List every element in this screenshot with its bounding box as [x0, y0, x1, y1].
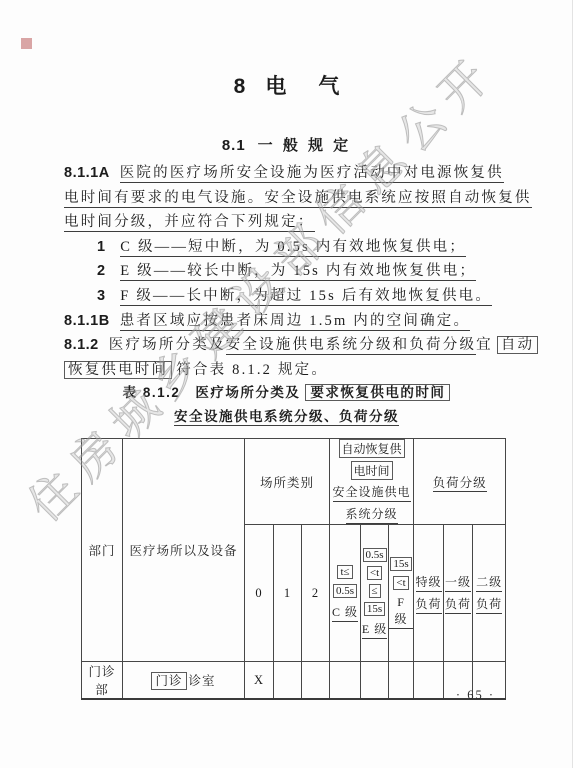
table-caption-line1: 表 8.1.2 医疗场所分类及要求恢复供电的时间	[0, 381, 573, 405]
header-text-underlined: 负荷	[445, 595, 471, 614]
header-class-e: 0.5s <t ≤ 15s E 级	[361, 525, 389, 662]
deleted-text-box: 自动	[497, 336, 538, 354]
deleted-text-box: 恢复供电时间	[64, 361, 172, 379]
clause-text: 宜	[476, 337, 493, 353]
header-text: 医疗场所以及设备	[129, 544, 237, 558]
cell-empty	[389, 662, 414, 700]
header-text-underlined: F 级	[389, 595, 413, 629]
clause-label: 8.1.1B	[64, 313, 110, 329]
clause-text: 医疗场所分类及	[109, 337, 226, 353]
list-item-3: 3F 级——长中断，为超过 15s 后有效地恢复供电。	[64, 284, 516, 309]
deleted-text-box: ≤	[369, 584, 381, 598]
cell-empty	[330, 662, 361, 700]
deleted-text-box: 0.5s	[363, 548, 387, 562]
caption-text-underlined: 安全设施供电系统分级、负荷分级	[174, 409, 399, 426]
cell-empty	[414, 662, 444, 700]
caption-text: 表 8.1.2 医疗场所分类及	[123, 385, 301, 400]
deleted-text-box: 自动恢复供	[339, 439, 405, 458]
header-text: 1	[284, 586, 291, 600]
item-text: C 级——短中断，为 0.5s 内有效地恢复供电；	[120, 239, 466, 257]
item-text: F 级——长中断，为超过 15s 后有效地恢复供电。	[120, 288, 492, 306]
clause-label: 8.1.1A	[64, 165, 110, 181]
header-load-first: 一级 负荷	[444, 525, 473, 662]
cell-text: 诊室	[189, 674, 216, 688]
deleted-text-box: 0.5s	[333, 584, 357, 598]
table-caption-line2: 安全设施供电系统分级、负荷分级	[0, 405, 573, 429]
page-number: · 65 ·	[456, 688, 495, 703]
header-load-second: 二级 负荷	[473, 525, 506, 662]
header-text-underlined: 负荷	[416, 595, 442, 614]
header-place-equipment: 医疗场所以及设备	[123, 439, 245, 662]
clause-8-1-2-line1: 8.1.2医疗场所分类及安全设施供电系统分级和负荷分级宜自动	[64, 333, 516, 358]
header-category-1: 1	[274, 525, 302, 662]
section-title: 一 般 规 定	[258, 137, 352, 154]
header-text-underlined: 系统分级	[346, 505, 398, 524]
clause-text: 电时间有要求的电气设施。安全设施供电系统应按照自动恢复供	[64, 190, 532, 208]
chapter-title-char2: 气	[318, 70, 339, 100]
header-text-underlined: 特级	[416, 573, 442, 592]
body-text: 8.1.1A医院的医疗场所安全设施为医疗活动中对电源恢复供 电时间有要求的电气设…	[64, 161, 516, 382]
cell-empty	[302, 662, 330, 700]
header-category-0: 0	[245, 525, 274, 662]
clause-8-1-1B: 8.1.1B患者区域应按患者床周边 1.5m 内的空间确定。	[64, 309, 516, 334]
header-text-underlined: C 级	[332, 603, 358, 622]
header-class-f: 15s <t F 级	[389, 525, 414, 662]
header-text: 部门	[88, 544, 115, 558]
cell-text: 门诊部	[88, 665, 115, 697]
header-supply-system: 自动恢复供 电时间 安全设施供电 系统分级	[330, 439, 414, 525]
cell-department: 门诊部	[82, 662, 123, 700]
header-text-underlined: 负荷	[476, 595, 502, 614]
header-text: 2	[312, 586, 319, 600]
table-8-1-2: 部门 医疗场所以及设备 场所类别 自动恢复供 电时间 安全设施供电 系统分级 负…	[81, 438, 506, 700]
header-text-underlined: 一级	[445, 573, 471, 592]
deleted-text-box: <t	[367, 566, 382, 580]
chapter-title-char1: 电	[265, 70, 286, 100]
clause-text-underlined: 安全设施供电系统分级和负荷分级	[226, 337, 477, 355]
list-item-1: 1C 级——短中断，为 0.5s 内有效地恢复供电；	[64, 235, 516, 260]
document-page: 住房城乡建设部信息公开 8 电 气 8.1一 般 规 定 8.1.1A医院的医疗…	[0, 0, 573, 768]
header-text: 0	[255, 586, 262, 600]
clause-8-1-1A-line2: 电时间有要求的电气设施。安全设施供电系统应按照自动恢复供	[64, 186, 516, 211]
cell-place: 门诊诊室	[123, 662, 245, 700]
header-text-underlined: 安全设施供电	[333, 483, 411, 502]
chapter-number: 8	[234, 75, 246, 99]
cell-empty	[274, 662, 302, 700]
header-load-special: 特级 负荷	[414, 525, 444, 662]
red-corner-mark	[21, 38, 32, 49]
clause-text: 电时间分级，并应符合下列规定：	[64, 214, 315, 232]
deleted-text-box: t≤	[337, 565, 352, 579]
header-class-c: t≤ 0.5s C 级	[330, 525, 361, 662]
table-caption: 表 8.1.2 医疗场所分类及要求恢复供电的时间 安全设施供电系统分级、负荷分级	[0, 381, 573, 429]
item-number: 2	[97, 263, 107, 279]
chapter-title: 8 电 气	[0, 70, 573, 100]
header-place-category: 场所类别	[245, 439, 330, 525]
header-text: 场所类别	[260, 476, 314, 490]
deleted-text-box: 门诊	[151, 672, 186, 690]
clause-text: 医院的医疗场所安全设施为医疗活动中对电源恢复供	[120, 165, 504, 183]
deleted-text-box: <t	[393, 576, 408, 590]
header-text-underlined: 二级	[476, 573, 502, 592]
deleted-text-box: 15s	[390, 557, 411, 571]
clause-8-1-2-line2: 恢复供电时间符合表 8.1.2 规定。	[64, 358, 516, 383]
clause-8-1-1A-line1: 8.1.1A医院的医疗场所安全设施为医疗活动中对电源恢复供	[64, 161, 516, 186]
item-text: E 级——较长中断，为 15s 内有效地恢复供电；	[120, 263, 476, 281]
cell-text: X	[254, 673, 264, 687]
clause-label: 8.1.2	[64, 337, 99, 353]
header-category-2: 2	[302, 525, 330, 662]
item-number: 1	[97, 239, 107, 255]
header-text-underlined: E 级	[362, 620, 387, 639]
item-number: 3	[97, 288, 107, 304]
list-item-2: 2E 级——较长中断，为 15s 内有效地恢复供电；	[64, 259, 516, 284]
clause-text: 符合表 8.1.2 规定。	[176, 362, 328, 378]
clause-8-1-1A-line3: 电时间分级，并应符合下列规定：	[64, 210, 516, 235]
deleted-text-box: 要求恢复供电的时间	[305, 384, 450, 401]
section-heading: 8.1一 般 规 定	[0, 134, 573, 155]
cell-category-0: X	[245, 662, 274, 700]
deleted-text-box: 电时间	[351, 461, 393, 480]
header-department: 部门	[82, 439, 123, 662]
section-number: 8.1	[222, 137, 246, 154]
table-row: 门诊部 门诊诊室 X	[82, 662, 506, 700]
header-text-underlined: 负荷分级	[433, 476, 487, 492]
deleted-text-box: 15s	[364, 602, 385, 616]
cell-empty	[361, 662, 389, 700]
header-load-class: 负荷分级	[414, 439, 506, 525]
clause-text: 患者区域应按患者床周边 1.5m 内的空间确定。	[120, 313, 470, 331]
